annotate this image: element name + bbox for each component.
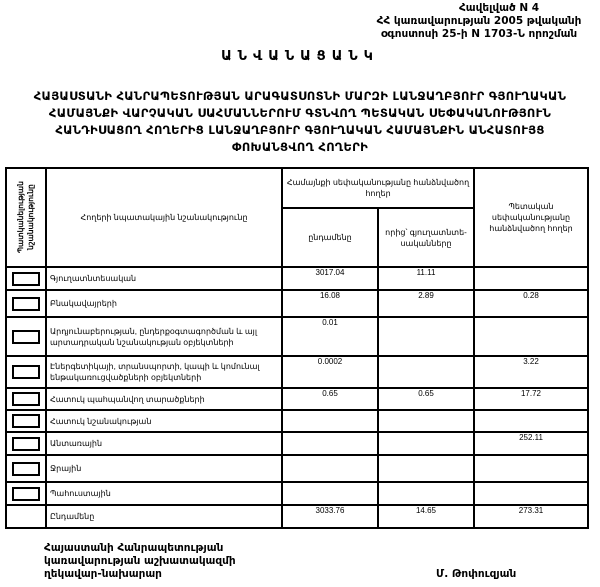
code-box-icon xyxy=(12,297,40,311)
table-row: Բնակավայրերի16.082.890.28 xyxy=(6,290,588,317)
table-row: Արդյունաբերության, ընդերքօգտագործման և ա… xyxy=(6,317,588,356)
code-cell xyxy=(6,505,46,528)
land-purpose-cell: Անտառային xyxy=(46,432,282,455)
land-purpose-cell: Բնակավայրերի xyxy=(46,290,282,317)
code-box-icon xyxy=(12,365,40,379)
code-box-icon xyxy=(12,414,40,428)
table-row: Անտառային252.11 xyxy=(6,432,588,455)
code-cell xyxy=(6,290,46,317)
code-box-icon xyxy=(12,437,40,451)
code-box-icon xyxy=(12,487,40,501)
code-cell xyxy=(6,317,46,356)
of-which-cell xyxy=(378,455,474,482)
land-purpose-cell: Պահուստային xyxy=(46,482,282,505)
annex-number: Հավելված N 4 xyxy=(364,2,594,15)
heading-line: ՓՈԽԱՆՑՎՈՂ ՀՈՂԵՐԻ xyxy=(0,139,600,156)
heading-line: ՀԱՅԱՍՏԱՆԻ ՀԱՆՐԱՊԵՏՈՒԹՅԱՆ ԱՐԱԳԱՏՍՈՏՆԻ ՄԱՐ… xyxy=(0,88,600,105)
annex-decision-line: ՀՀ կառավարության 2005 թվականի xyxy=(364,15,594,28)
total-cell: 3033.76 xyxy=(282,505,378,528)
total-cell: 0.0002 xyxy=(282,356,378,388)
of-which-cell: 11.11 xyxy=(378,267,474,290)
of-which-cell: 0.65 xyxy=(378,388,474,410)
total-cell xyxy=(282,455,378,482)
code-box-icon xyxy=(12,462,40,476)
header-land-purpose: Հողերի նպատակային նշանակությունը xyxy=(46,168,282,267)
total-cell: 0.01 xyxy=(282,317,378,356)
total-cell xyxy=(282,482,378,505)
code-cell xyxy=(6,482,46,505)
code-box-icon xyxy=(12,330,40,344)
state-cell xyxy=(474,267,588,290)
of-which-cell xyxy=(378,356,474,388)
table-row: Ջրային xyxy=(6,455,588,482)
state-cell: 252.11 xyxy=(474,432,588,455)
table-row: Պահուստային xyxy=(6,482,588,505)
state-cell xyxy=(474,455,588,482)
heading-line: ՀԱՄԱՅՆՔԻ ՎԱՐՉԱԿԱՆ ՍԱՀՄԱՆՆԵՐՈՒՄ ԳՏՆՎՈՂ ՊԵ… xyxy=(0,105,600,122)
code-box-icon xyxy=(12,272,40,286)
header-community-group: Համայնքի սեփականությանը հանձնվածող հողեր xyxy=(282,168,474,208)
of-which-cell: 14.65 xyxy=(378,505,474,528)
header-category-code: Պատկանելության նշանակությունը xyxy=(6,168,46,267)
land-purpose-cell: Հատուկ նշանակության xyxy=(46,410,282,432)
state-cell: 3.22 xyxy=(474,356,588,388)
header-total: ընդամենը xyxy=(282,208,378,267)
signer-name: Մ. Թոփուզյան xyxy=(436,568,516,580)
signature-title-line: Հայաստանի Հանրապետության xyxy=(44,542,236,555)
state-cell: 17.72 xyxy=(474,388,588,410)
of-which-cell: 2.89 xyxy=(378,290,474,317)
land-purpose-cell: Գյուղատնտեսական xyxy=(46,267,282,290)
land-purpose-cell: Ջրային xyxy=(46,455,282,482)
of-which-cell xyxy=(378,410,474,432)
total-cell xyxy=(282,432,378,455)
code-cell xyxy=(6,356,46,388)
total-row: Ընդամենը3033.7614.65273.31 xyxy=(6,505,588,528)
signature-title-line: ղեկավար-նախարար xyxy=(44,568,236,581)
table-row: Էներգետիկայի, տրանսպորտի, կապի և կոմունա… xyxy=(6,356,588,388)
total-label: Ընդամենը xyxy=(46,505,282,528)
annex-decision-date: օգոստոսի 25-ի N 1703-Ն որոշման xyxy=(364,28,594,41)
state-cell xyxy=(474,410,588,432)
code-box-icon xyxy=(12,392,40,406)
land-purpose-cell: Էներգետիկայի, տրանսպորտի, կապի և կոմունա… xyxy=(46,356,282,388)
code-cell xyxy=(6,432,46,455)
table-row: Գյուղատնտեսական3017.0411.11 xyxy=(6,267,588,290)
signature-title: Հայաստանի Հանրապետության կառավարության ա… xyxy=(44,542,236,581)
table-row: Հատուկ նշանակության xyxy=(6,410,588,432)
of-which-cell xyxy=(378,432,474,455)
total-cell: 16.08 xyxy=(282,290,378,317)
heading-line: ՀԱՆԴԻՍԱՑՈՂ ՀՈՂԵՐԻՑ ԼԱՆՋԱՂԲՅՈՒՐ ԳՅՈՒՂԱԿԱՆ… xyxy=(0,122,600,139)
code-cell xyxy=(6,410,46,432)
table-row: Հատուկ պահպանվող տարածքների0.650.6517.72 xyxy=(6,388,588,410)
total-cell xyxy=(282,410,378,432)
signature-title-line: կառավարության աշխատակազմի xyxy=(44,555,236,568)
state-cell xyxy=(474,317,588,356)
land-table: Պատկանելության նշանակությունը Հողերի նպա… xyxy=(5,167,589,529)
of-which-cell xyxy=(378,317,474,356)
document-title: ԱՆՎԱՆԱՑԱՆԿ xyxy=(0,49,600,64)
of-which-cell xyxy=(378,482,474,505)
code-cell xyxy=(6,455,46,482)
total-cell: 3017.04 xyxy=(282,267,378,290)
document-heading: ՀԱՅԱՍՏԱՆԻ ՀԱՆՐԱՊԵՏՈՒԹՅԱՆ ԱՐԱԳԱՏՍՈՏՆԻ ՄԱՐ… xyxy=(0,88,600,156)
state-cell xyxy=(474,482,588,505)
code-cell xyxy=(6,388,46,410)
state-cell: 273.31 xyxy=(474,505,588,528)
land-purpose-cell: Արդյունաբերության, ընդերքօգտագործման և ա… xyxy=(46,317,282,356)
header-state-lands: Պետական սեփականությանը հանձնվածող հողեր xyxy=(474,168,588,267)
total-cell: 0.65 xyxy=(282,388,378,410)
state-cell: 0.28 xyxy=(474,290,588,317)
land-purpose-cell: Հատուկ պահպանվող տարածքների xyxy=(46,388,282,410)
annex-reference: Հավելված N 4 ՀՀ կառավարության 2005 թվակա… xyxy=(364,2,594,41)
header-of-which: որից՝ գյուղատնտե- սականները xyxy=(378,208,474,267)
code-cell xyxy=(6,267,46,290)
